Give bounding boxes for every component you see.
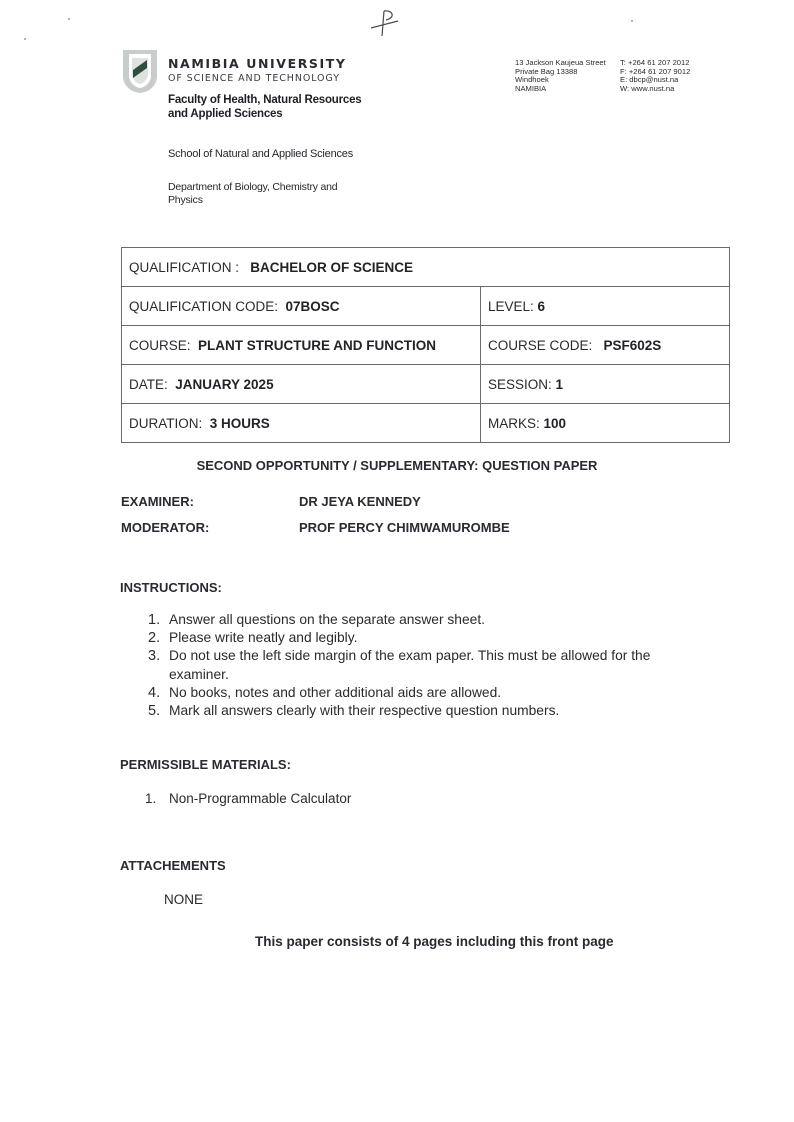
instructions-list: 1.Answer all questions on the separate a… xyxy=(148,611,688,720)
marks-label: MARKS: xyxy=(488,416,540,431)
item-number: 4. xyxy=(148,684,169,702)
paper-type-heading: SECOND OPPORTUNITY / SUPPLEMENTARY: QUES… xyxy=(0,458,794,473)
qualification-code-label: QUALIFICATION CODE: xyxy=(129,299,278,314)
university-logo-icon xyxy=(121,48,159,94)
exam-info-table: QUALIFICATION : BACHELOR OF SCIENCE QUAL… xyxy=(121,247,730,443)
examiner-label: EXAMINER: xyxy=(121,494,194,509)
date-cell: DATE: JANUARY 2025 xyxy=(122,365,481,404)
level-cell: LEVEL: 6 xyxy=(481,287,730,326)
duration-cell: DURATION: 3 HOURS xyxy=(122,404,481,443)
table-row: QUALIFICATION : BACHELOR OF SCIENCE xyxy=(122,248,730,287)
item-text: No books, notes and other additional aid… xyxy=(169,684,501,702)
date-label: DATE: xyxy=(129,377,168,392)
course-code-label: COURSE CODE: xyxy=(488,338,592,353)
scan-speck xyxy=(24,38,26,40)
attachments-value: NONE xyxy=(164,892,203,907)
item-text: Non-Programmable Calculator xyxy=(169,791,351,806)
table-row: DATE: JANUARY 2025 SESSION: 1 xyxy=(122,365,730,404)
permissible-materials-heading: PERMISSIBLE MATERIALS: xyxy=(120,757,291,772)
scan-speck xyxy=(68,18,70,20)
list-item: 1.Non-Programmable Calculator xyxy=(145,791,351,806)
list-item: 5.Mark all answers clearly with their re… xyxy=(148,702,688,720)
course-cell: COURSE: PLANT STRUCTURE AND FUNCTION xyxy=(122,326,481,365)
list-item: 4.No books, notes and other additional a… xyxy=(148,684,688,702)
item-text: Please write neatly and legibly. xyxy=(169,629,357,647)
duration-label: DURATION: xyxy=(129,416,202,431)
level-label: LEVEL: xyxy=(488,299,534,314)
attachments-heading: ATTACHEMENTS xyxy=(120,858,226,873)
list-item: 2.Please write neatly and legibly. xyxy=(148,629,688,647)
faculty-name: Faculty of Health, Natural Resources and… xyxy=(168,94,368,121)
contact-details: T: +264 61 207 2012 F: +264 61 207 9012 … xyxy=(620,59,690,93)
marks-value: 100 xyxy=(544,416,567,431)
item-number: 1. xyxy=(145,791,169,806)
course-code-value: PSF602S xyxy=(604,338,662,353)
qualification-code-cell: QUALIFICATION CODE: 07BOSC xyxy=(122,287,481,326)
level-value: 6 xyxy=(538,299,546,314)
qualification-code-value: 07BOSC xyxy=(286,299,340,314)
page-count-note: This paper consists of 4 pages including… xyxy=(255,934,614,949)
qualification-cell: QUALIFICATION : BACHELOR OF SCIENCE xyxy=(122,248,730,287)
session-value: 1 xyxy=(556,377,564,392)
session-label: SESSION: xyxy=(488,377,552,392)
scan-speck xyxy=(631,20,633,22)
contact-website: W: www.nust.na xyxy=(620,85,690,94)
item-text: Do not use the left side margin of the e… xyxy=(169,647,688,683)
session-cell: SESSION: 1 xyxy=(481,365,730,404)
item-number: 5. xyxy=(148,702,169,720)
duration-value: 3 HOURS xyxy=(210,416,270,431)
item-number: 3. xyxy=(148,647,169,683)
university-name: NAMIBIA UNIVERSITY xyxy=(168,56,347,71)
postal-address: 13 Jackson Kaujeua Street Private Bag 13… xyxy=(515,59,606,93)
handwritten-mark-icon xyxy=(368,8,402,38)
course-value: PLANT STRUCTURE AND FUNCTION xyxy=(198,338,436,353)
qualification-label: QUALIFICATION : xyxy=(129,260,239,275)
table-row: DURATION: 3 HOURS MARKS: 100 xyxy=(122,404,730,443)
department-name: Department of Biology, Chemistry and Phy… xyxy=(168,181,368,206)
date-value: JANUARY 2025 xyxy=(175,377,273,392)
examiner-name: DR JEYA KENNEDY xyxy=(299,494,421,509)
item-text: Mark all answers clearly with their resp… xyxy=(169,702,559,720)
instructions-heading: INSTRUCTIONS: xyxy=(120,580,222,595)
item-number: 1. xyxy=(148,611,169,629)
school-name: School of Natural and Applied Sciences xyxy=(168,148,368,161)
moderator-label: MODERATOR: xyxy=(121,520,209,535)
moderator-name: PROF PERCY CHIMWAMUROMBE xyxy=(299,520,510,535)
list-item: 1.Answer all questions on the separate a… xyxy=(148,611,688,629)
marks-cell: MARKS: 100 xyxy=(481,404,730,443)
qualification-value: BACHELOR OF SCIENCE xyxy=(250,260,413,275)
table-row: QUALIFICATION CODE: 07BOSC LEVEL: 6 xyxy=(122,287,730,326)
item-text: Answer all questions on the separate ans… xyxy=(169,611,485,629)
item-number: 2. xyxy=(148,629,169,647)
list-item: 3.Do not use the left side margin of the… xyxy=(148,647,688,683)
address-line: NAMIBIA xyxy=(515,85,606,94)
course-label: COURSE: xyxy=(129,338,191,353)
university-subtitle: OF SCIENCE AND TECHNOLOGY xyxy=(168,73,340,84)
table-row: COURSE: PLANT STRUCTURE AND FUNCTION COU… xyxy=(122,326,730,365)
course-code-cell: COURSE CODE: PSF602S xyxy=(481,326,730,365)
